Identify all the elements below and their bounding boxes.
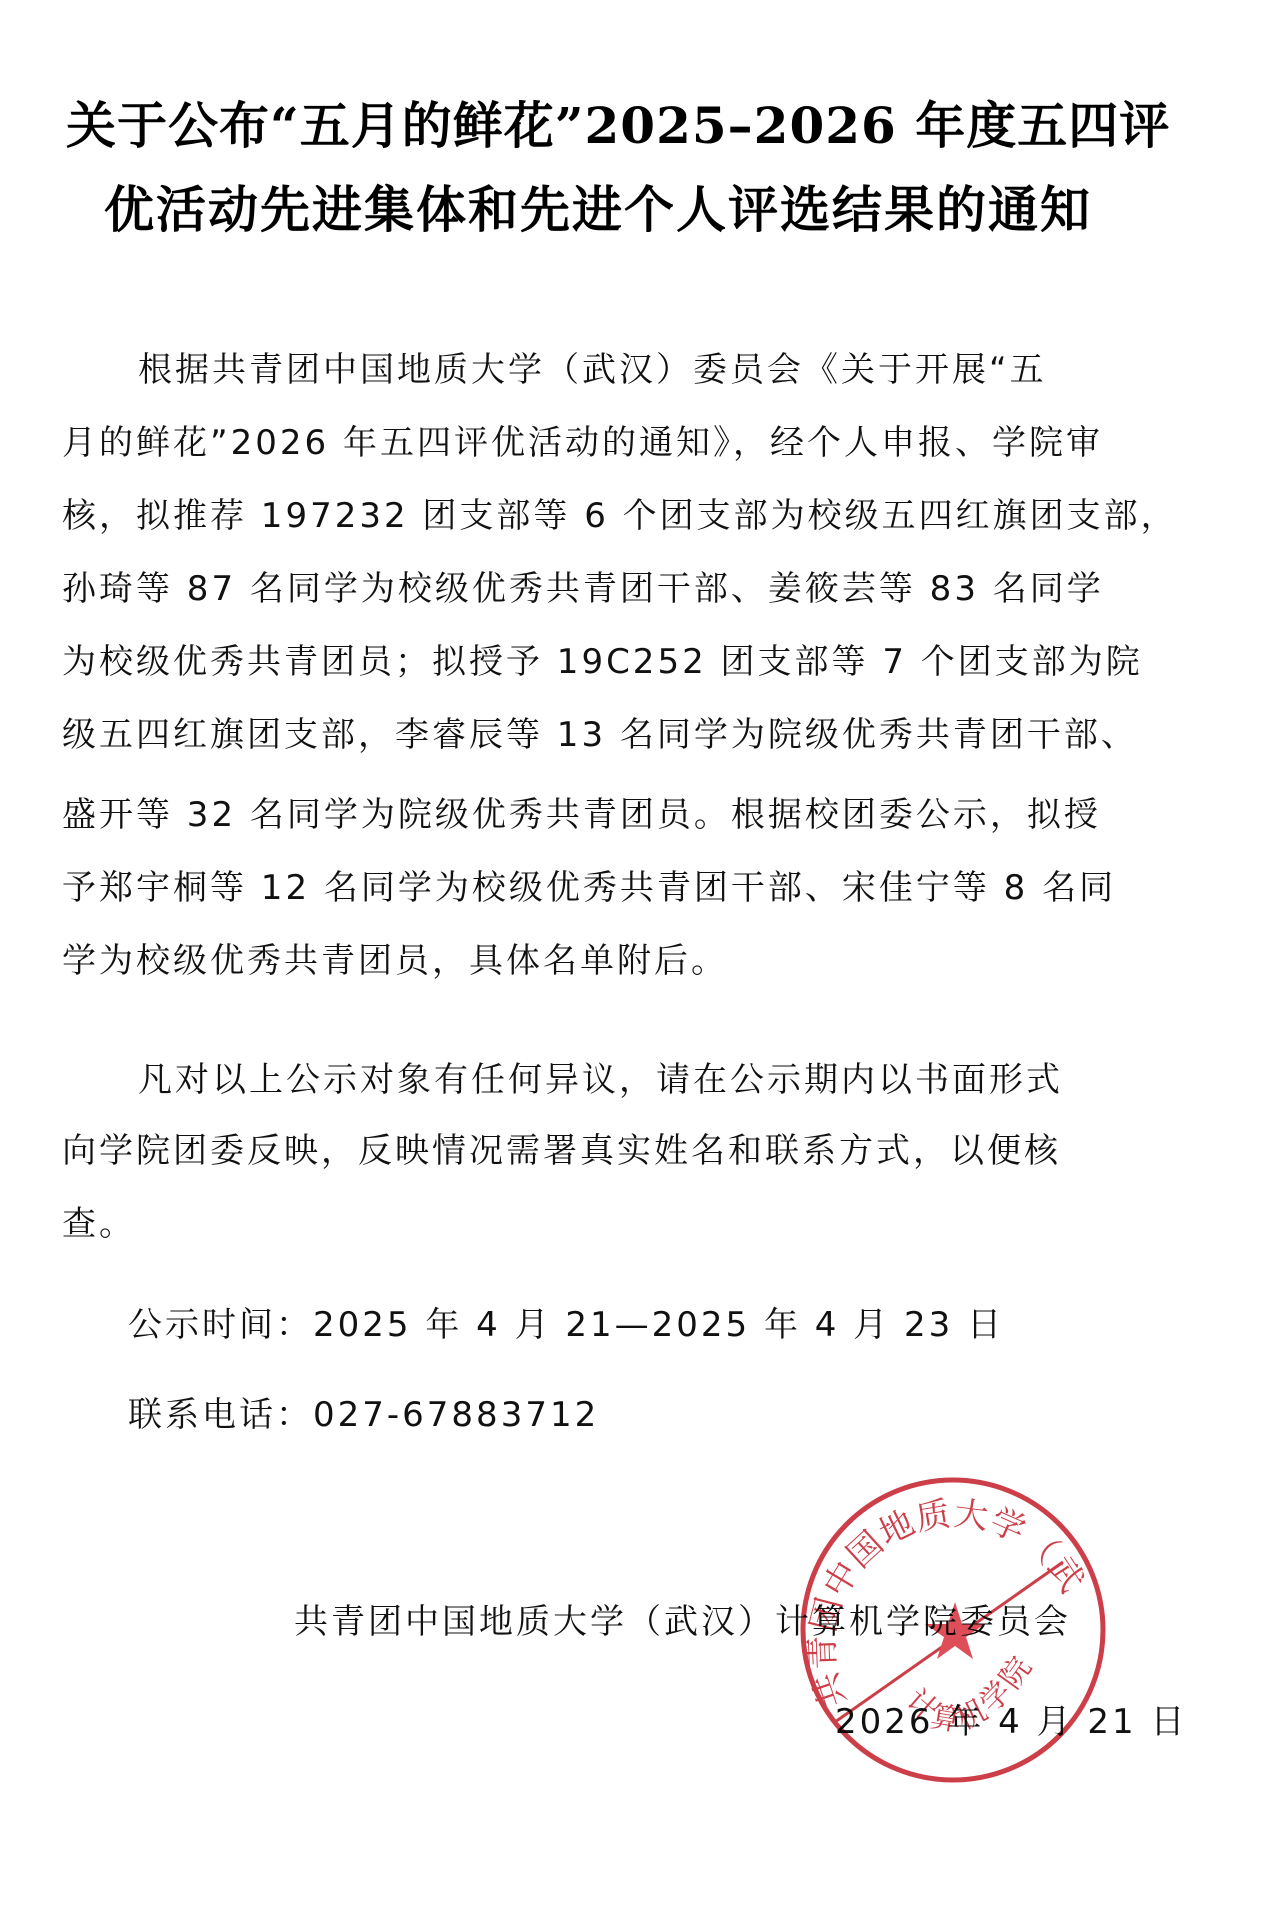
paragraph-1-line: 盛开等 32 名同学为院级优秀共青团员。根据校团委公示，拟授 [62, 793, 1101, 837]
paragraph-1-line: 学为校级优秀共青团员，具体名单附后。 [62, 939, 728, 983]
paragraph-1-line: 月的鲜花”2026 年五四评优活动的通知》，经个人申报、学院审 [62, 421, 1103, 465]
publicity-period-value: 2025 年 4 月 21—2025 年 4 月 23 日 [313, 1305, 1004, 1345]
seal-outer-text: 共青团中国地质大学（武汉） [795, 1472, 1092, 1713]
document-title-line-1: 关于公布“五月的鲜花”2025–2026 年度五四评 [66, 96, 1274, 156]
paragraph-1-line: 核，拟推荐 197232 团支部等 6 个团支部为校级五四红旗团支部， [62, 494, 1178, 538]
svg-text:共青团中国地质大学（武汉）: 共青团中国地质大学（武汉） [795, 1472, 1092, 1713]
document-title-line-2: 优活动先进集体和先进个人评选结果的通知 [104, 180, 1274, 240]
paragraph-1-line: 级五四红旗团支部，李睿辰等 13 名同学为院级优秀共青团干部、 [62, 713, 1138, 757]
contact-phone-label: 联系电话： [128, 1395, 313, 1435]
official-seal: 共青团中国地质大学（武汉） 计算机学院委员会 [795, 1472, 1111, 1788]
notice-page: 关于公布“五月的鲜花”2025–2026 年度五四评 优活动先进集体和先进个人评… [0, 0, 1274, 1913]
paragraph-2-line: 向学院团委反映，反映情况需署真实姓名和联系方式，以便核 [62, 1129, 1061, 1173]
publicity-period-label: 公示时间： [128, 1305, 313, 1345]
seal-star-icon [925, 1602, 985, 1659]
paragraph-1-line: 根据共青团中国地质大学（武汉）委员会《关于开展“五 [138, 348, 1047, 392]
paragraph-2-line: 查。 [62, 1202, 136, 1246]
paragraph-1-line: 为校级优秀共青团员；拟授予 19C252 团支部等 7 个团支部为院 [62, 640, 1143, 684]
paragraph-1-line: 予郑宇桐等 12 名同学为校级优秀共青团干部、宋佳宁等 8 名同 [62, 866, 1116, 910]
paragraph-2-line: 凡对以上公示对象有任何异议，请在公示期内以书面形式 [138, 1058, 1063, 1102]
contact-phone: 联系电话：027-67883712 [128, 1393, 599, 1437]
paragraph-1-line: 孙琦等 87 名同学为校级优秀共青团干部、姜筱芸等 83 名同学 [62, 567, 1104, 611]
contact-phone-value: 027-67883712 [313, 1395, 599, 1435]
publicity-period: 公示时间：2025 年 4 月 21—2025 年 4 月 23 日 [128, 1303, 1004, 1347]
